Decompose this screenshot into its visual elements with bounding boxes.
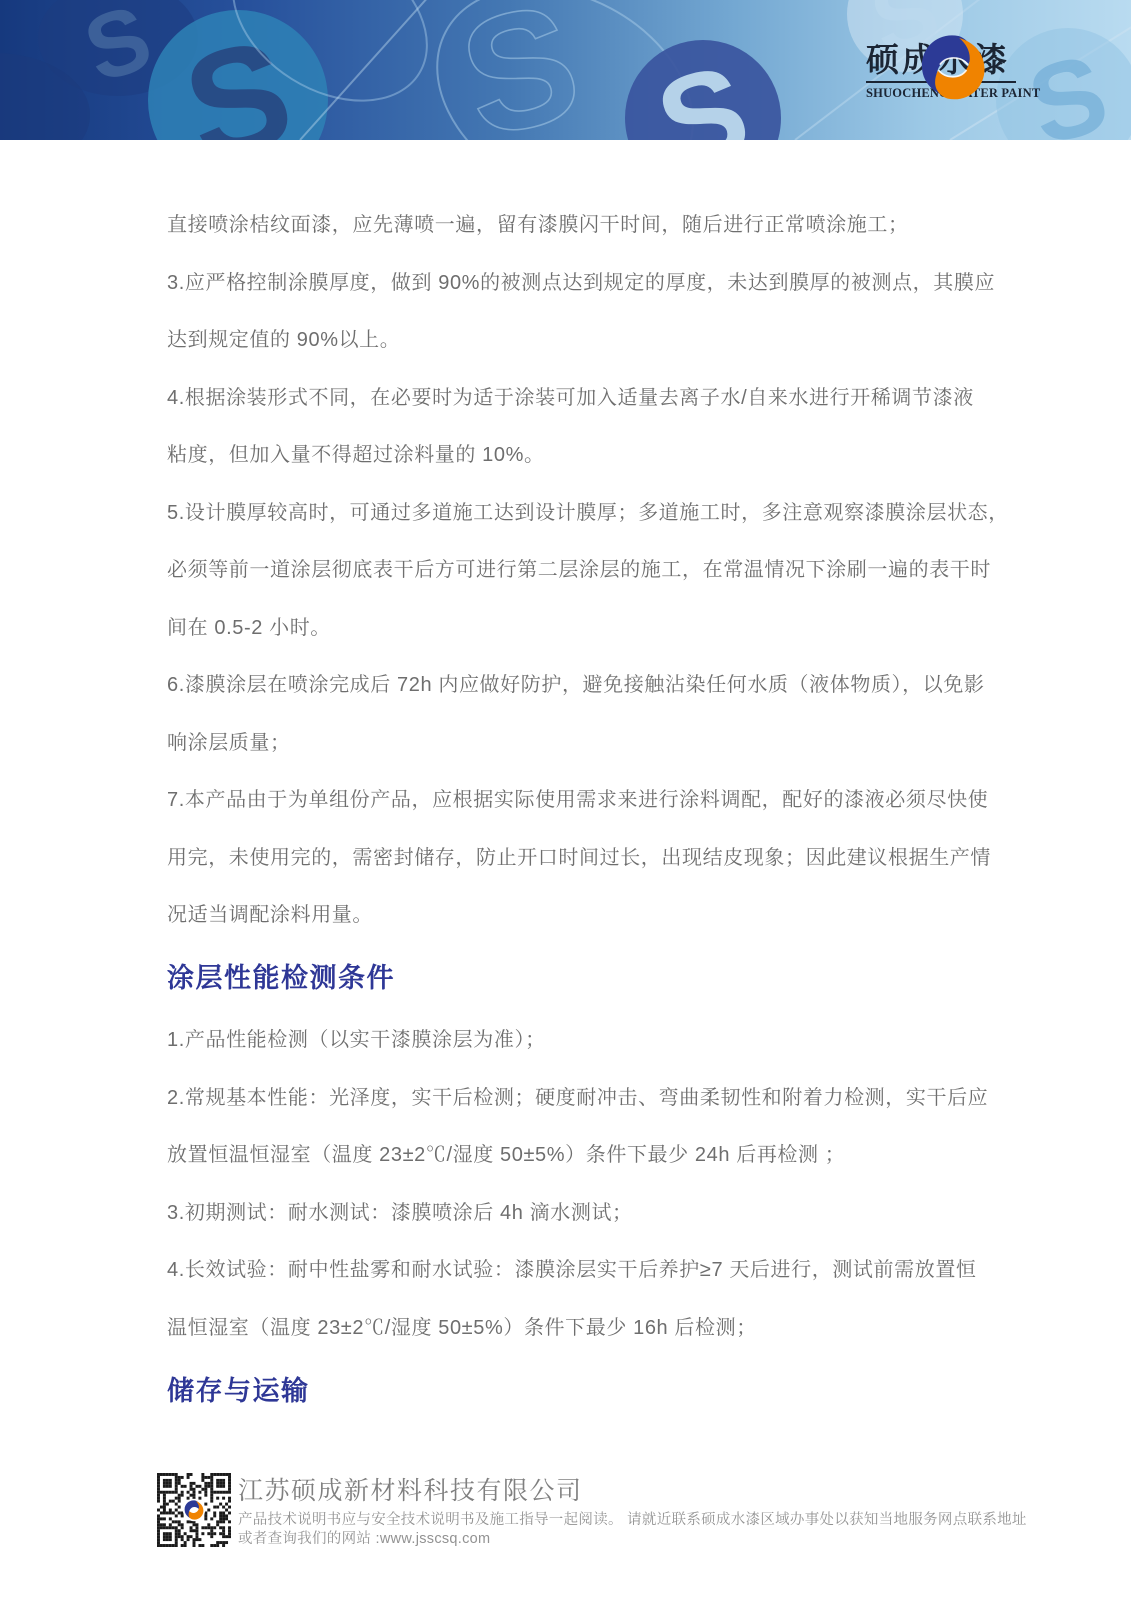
body-text-line: 达到规定值的 90%以上。 (167, 311, 967, 369)
footer-note-line2: 或者查询我们的网站 :www.jsscsq.com (238, 1530, 1038, 1549)
body-text-line: 4.根据涂装形式不同，在必要时为适于涂装可加入适量去离子水/自来水进行开稀调节漆… (167, 369, 967, 427)
body-text-line: 温恒湿室（温度 23±2℃/湿度 50±5%）条件下最少 16h 后检测； (167, 1299, 967, 1357)
section-heading: 储存与运输 (167, 1362, 967, 1420)
body-text-line: 直接喷涂桔纹面漆，应先薄喷一遍，留有漆膜闪干时间，随后进行正常喷涂施工； (167, 196, 967, 254)
body-text-line: 4.长效试验：耐中性盐雾和耐水试验：漆膜涂层实干后养护≥7 天后进行，测试前需放… (167, 1241, 967, 1299)
footer: 江苏硕成新材料科技有限公司 产品技术说明书应与安全技术说明书及施工指导一起阅读。… (157, 1471, 1037, 1561)
body-text-line: 必须等前一道涂层彻底表干后方可进行第二层涂层的施工，在常温情况下涂刷一遍的表干时 (167, 541, 967, 599)
footer-text-block: 江苏硕成新材料科技有限公司 产品技术说明书应与安全技术说明书及施工指导一起阅读。… (238, 1471, 1038, 1548)
body-text-line: 3.应严格控制涂膜厚度，做到 90%的被测点达到规定的厚度，未达到膜厚的被测点，… (167, 254, 967, 312)
body-text-line: 6.漆膜涂层在喷涂完成后 72h 内应做好防护，避免接触沾染任何水质（液体物质）… (167, 656, 967, 714)
body-text-line: 2.常规基本性能：光泽度，实干后检测；硬度耐冲击、弯曲柔韧性和附着力检测，实干后… (167, 1069, 967, 1127)
body-text-line: 响涂层质量； (167, 714, 967, 772)
body-text-line: 7.本产品由于为单组份产品，应根据实际使用需求来进行涂料调配，配好的漆液必须尽快… (167, 771, 967, 829)
body-text-line: 间在 0.5-2 小时。 (167, 599, 967, 657)
qr-code (157, 1473, 231, 1547)
body-text-line: 放置恒温恒湿室（温度 23±2℃/湿度 50±5%）条件下最少 24h 后再检测… (167, 1126, 967, 1184)
body-text-line: 1.产品性能检测（以实干漆膜涂层为准）； (167, 1011, 967, 1069)
datasheet-page: S S S S S S (0, 0, 1131, 1600)
body-text-line: 5.设计膜厚较高时，可通过多道施工达到设计膜厚；多道施工时，多注意观察漆膜涂层状… (167, 484, 967, 542)
footer-note-line1: 产品技术说明书应与安全技术说明书及施工指导一起阅读。 请就近联系硕成水漆区域办事… (238, 1511, 1038, 1530)
body-text-line: 况适当调配涂料用量。 (167, 886, 967, 944)
document-body: 直接喷涂桔纹面漆，应先薄喷一遍，留有漆膜闪干时间，随后进行正常喷涂施工；3.应严… (167, 0, 967, 1460)
footer-company-name: 江苏硕成新材料科技有限公司 (238, 1477, 1038, 1505)
body-text-line: 粘度，但加入量不得超过涂料量的 10%。 (167, 426, 967, 484)
body-text-line: 3.初期测试：耐水测试：漆膜喷涂后 4h 滴水测试； (167, 1184, 967, 1242)
section-heading: 涂层性能检测条件 (167, 949, 967, 1007)
body-text-line: 用完，未使用完的，需密封储存，防止开口时间过长，出现结皮现象；因此建议根据生产情 (167, 829, 967, 887)
